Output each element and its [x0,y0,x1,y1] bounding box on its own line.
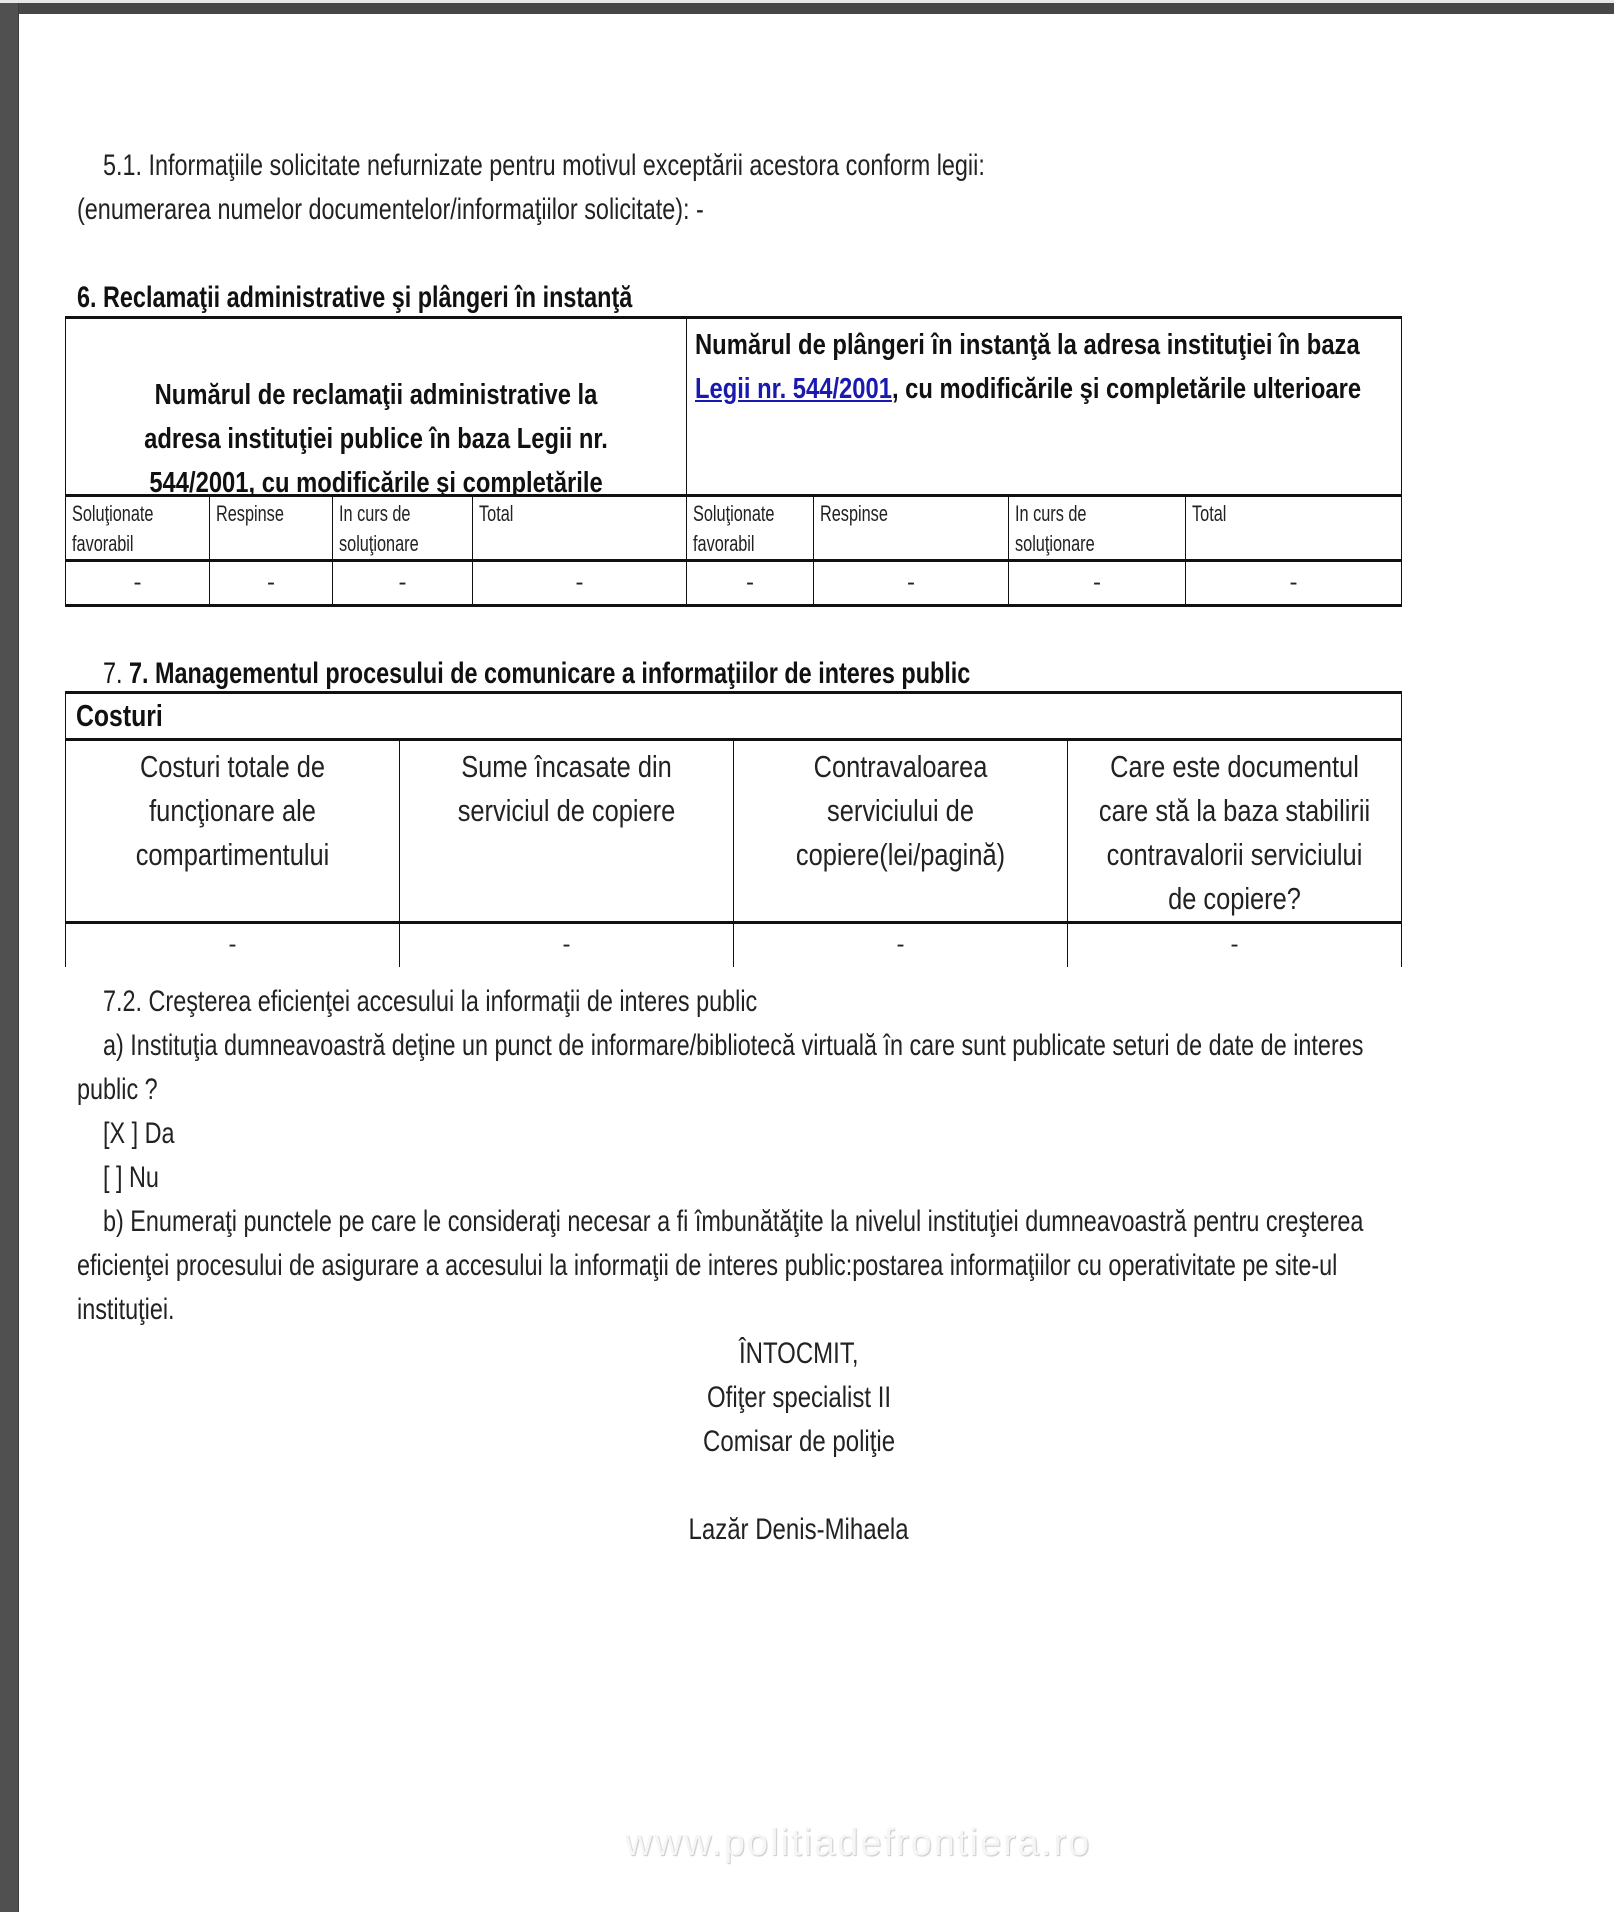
table-cell: - [66,923,400,967]
section-7-title: 7. 7. Managementul procesului de comunic… [103,652,1215,696]
viewer-left-margin [0,3,19,1912]
court-complaints-header: Numărul de plângeri în instanţă la adres… [687,318,1402,496]
option-nu: [ ] Nu [103,1156,175,1200]
complaints-subheader-row: Soluţionate favorabil Respinse In curs d… [66,496,1402,561]
costs-header-row: Costuri totale de funcţionare ale compar… [66,740,1402,923]
table-cell: - [1186,561,1402,606]
question-b-line3: instituţiei. [77,1288,202,1332]
signature-title: Comisar de poliţie [19,1420,1579,1464]
complaints-data-row: - - - - - - - - [66,561,1402,606]
question-b-line2: eficienţei procesului de asigurare a acc… [77,1244,1614,1288]
col-sume-incasate: Sume încasate din serviciul de copiere [400,740,734,923]
col-solutionate-favorabil-admin: Soluţionate favorabil [66,496,210,561]
document-page: 5.1. Informaţiile solicitate nefurnizate… [19,14,1614,1912]
table-cell: - [66,561,210,606]
section-5-1-line1: 5.1. Informaţiile solicitate nefurnizate… [103,144,1234,188]
col-respinse-court: Respinse [814,496,1009,561]
costs-table: Costuri Costuri totale de funcţionare al… [65,691,1402,967]
table-cell: - [1068,923,1402,967]
table-cell: - [400,923,734,967]
section-5-1-line2: (enumerarea numelor documentelor/informa… [77,188,881,232]
admin-complaints-header: Numărul de reclamaţii administrative la … [66,318,687,496]
viewer-toolbar-strip [0,3,1614,14]
signature-rank: Ofiţer specialist II [19,1376,1579,1420]
signature-label: ÎNTOCMIT, [19,1332,1579,1376]
table-cell: - [734,923,1068,967]
court-header-text: Numărul de plângeri în instanţă la adres… [695,329,1360,361]
question-a-line2: public ? [77,1068,180,1112]
col-total-court: Total [1186,496,1402,561]
table-cell: - [687,561,814,606]
col-in-curs-court: In curs de soluţionare [1009,496,1186,561]
table-cell: - [1009,561,1186,606]
table-cell: - [210,561,333,606]
signature-name: Lazăr Denis-Mihaela [19,1508,1579,1552]
table-cell: - [814,561,1009,606]
section-7-title-text: 7. Managementul procesului de comunicare… [129,657,970,690]
col-total-admin: Total [473,496,687,561]
law-544-2001-link[interactable]: Legii nr. 544/2001 [695,373,892,405]
question-b-line1: b) Enumeraţi punctele pe care le conside… [103,1200,1614,1244]
col-respinse-admin: Respinse [210,496,333,561]
col-costuri-totale: Costuri totale de funcţionare ale compar… [66,740,400,923]
costs-data-row: - - - - [66,923,1402,967]
complaints-table: Numărul de reclamaţii administrative la … [65,316,1402,607]
watermark: www.politiadefrontiera.ro [625,1822,1091,1865]
option-da: [X ] Da [103,1112,195,1156]
section-7-2-title: 7.2. Creşterea eficienţei accesului la i… [103,980,942,1024]
question-a-line1: a) Instituţia dumneavoastră deţine un pu… [103,1024,1614,1068]
col-in-curs-admin: In curs de soluţionare [333,496,473,561]
col-solutionate-favorabil-court: Soluţionate favorabil [687,496,814,561]
costs-group-header: Costuri [66,693,1402,740]
table-cell: - [333,561,473,606]
table-cell: - [473,561,687,606]
section-7-number: 7. [103,657,123,690]
col-document-baza: Care este documentul care stă la baza st… [1068,740,1402,923]
court-header-text-end: , cu modificările şi completările ulteri… [892,373,1361,405]
col-contravaloare: Contravaloarea serviciului de copiere(le… [734,740,1068,923]
section-6-title: 6. Reclamaţii administrative şi plângeri… [77,276,789,320]
